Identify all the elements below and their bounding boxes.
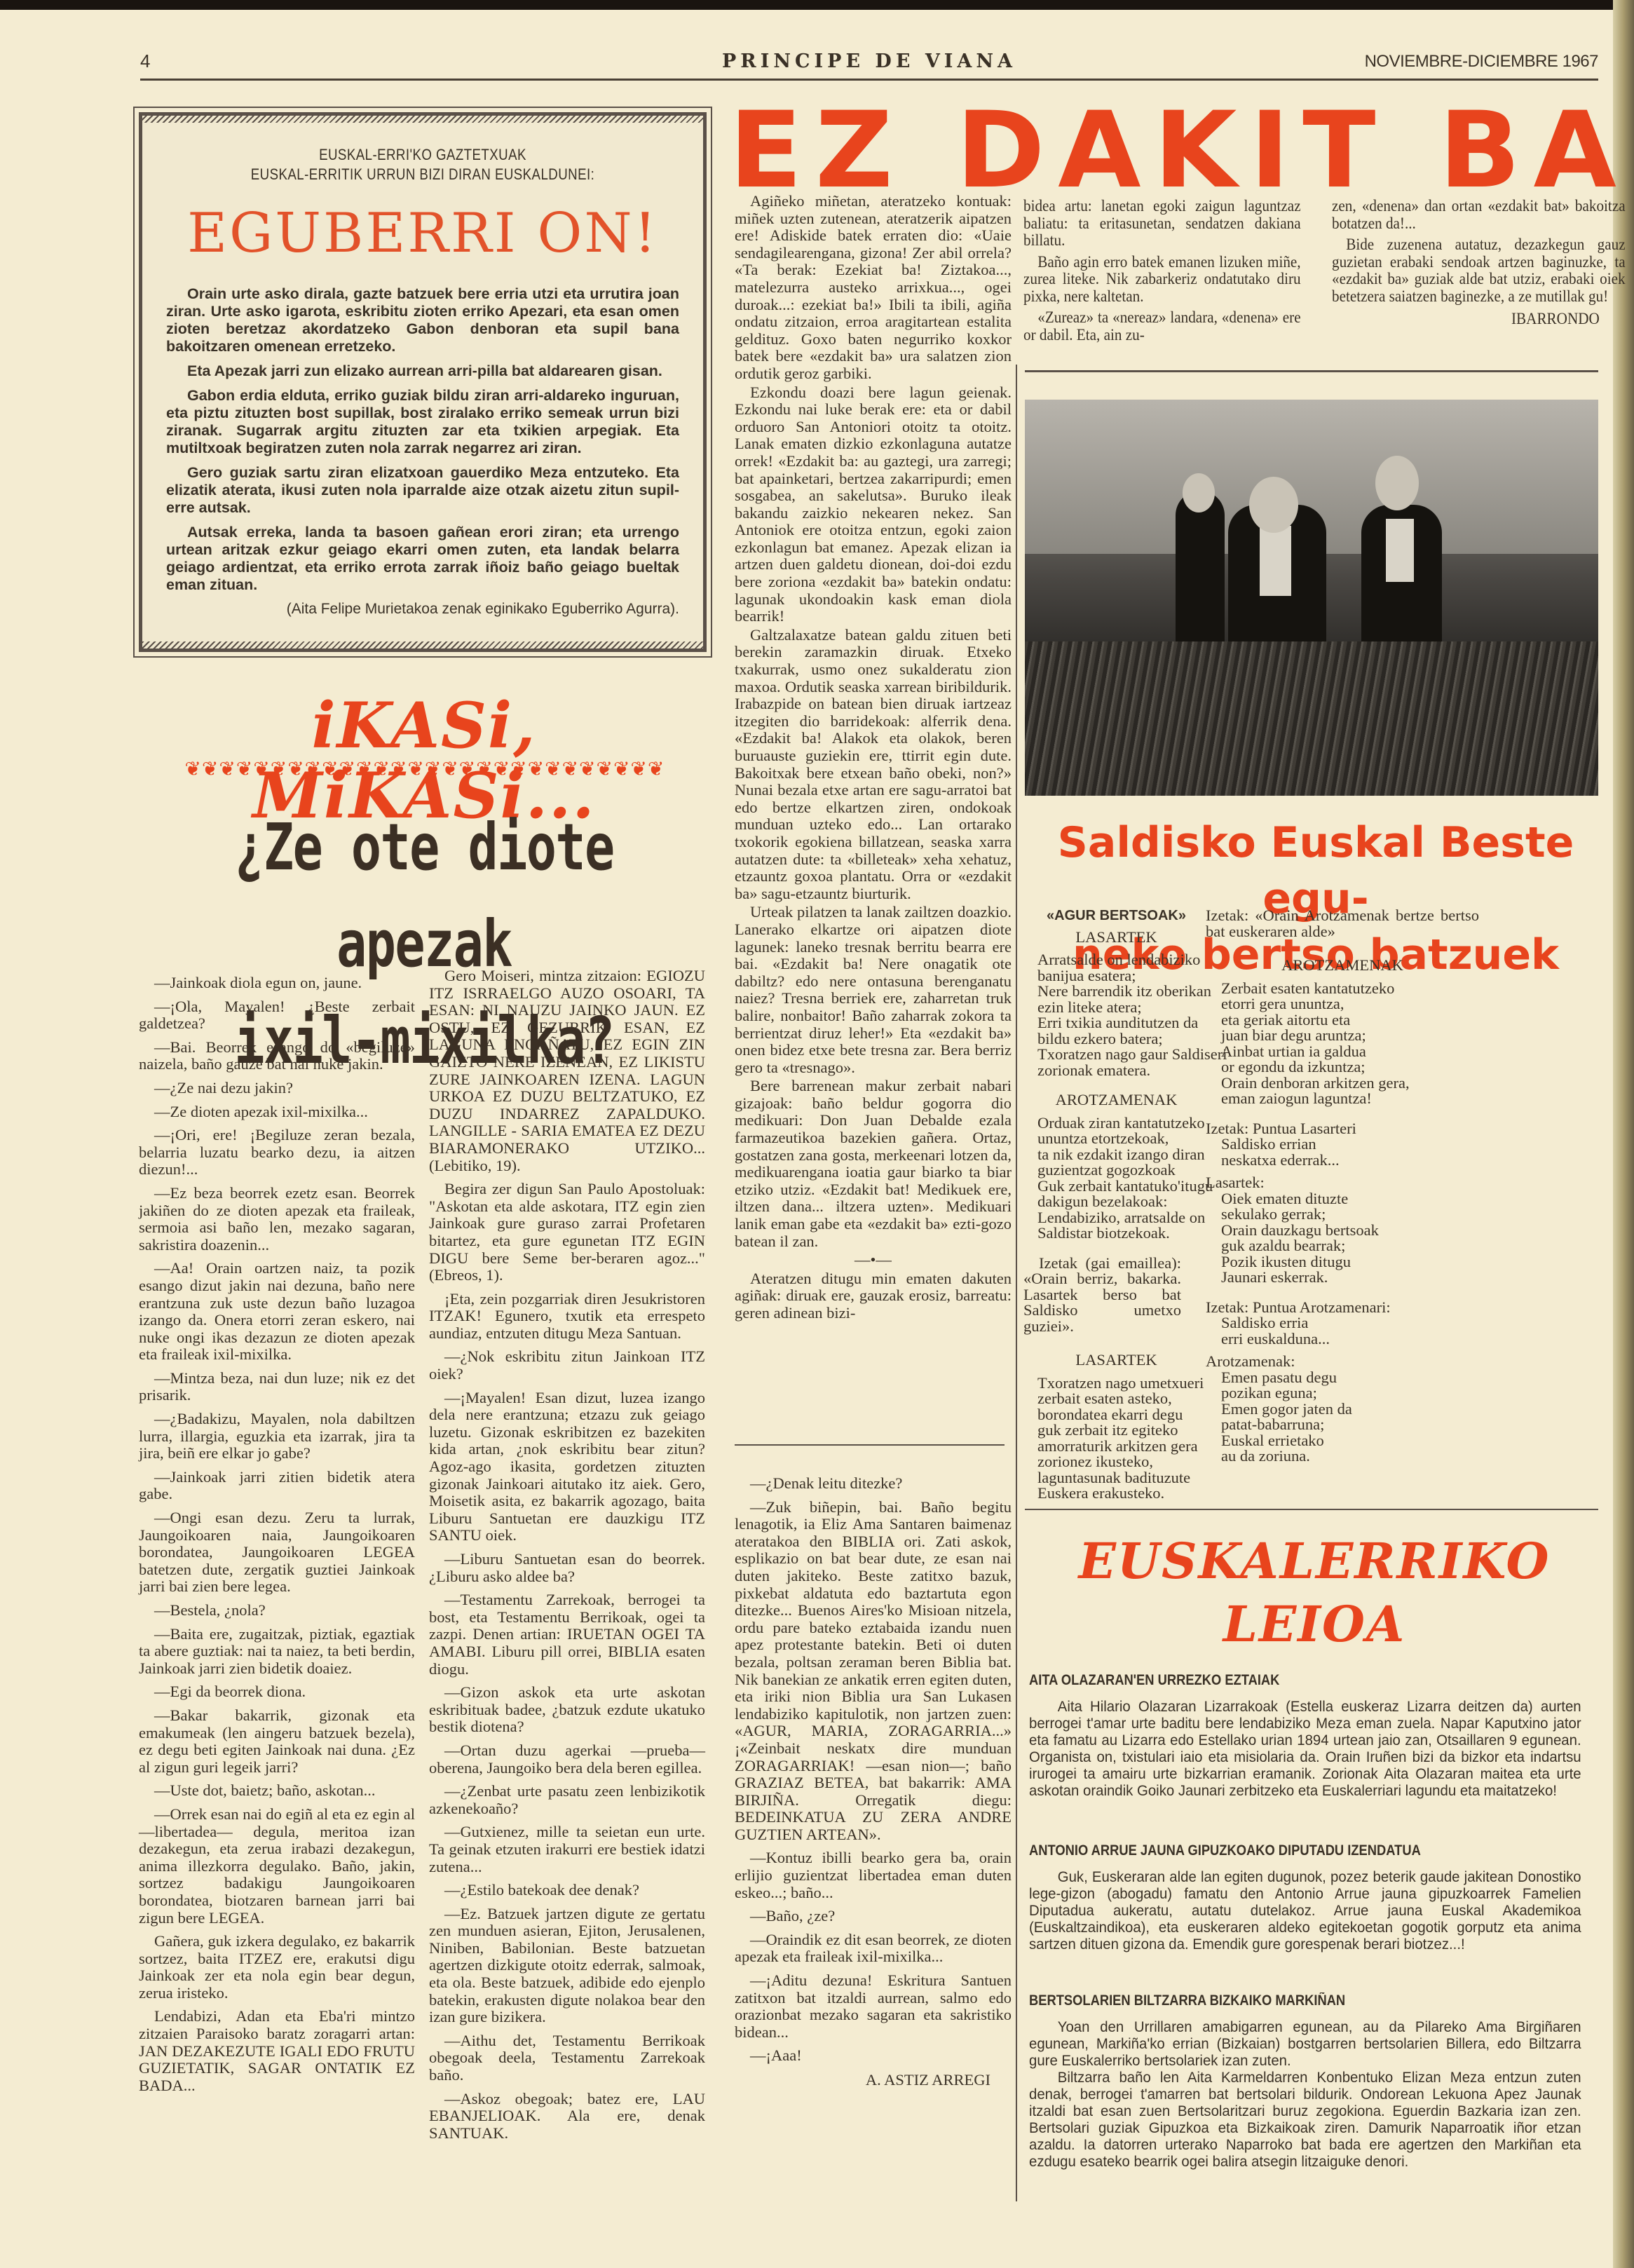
dialogue-line: —Jainkoak jarri zitien bidetik atera gab…: [139, 1469, 415, 1503]
photo-shirt: [1260, 526, 1291, 596]
dialogue-line: —Liburu Santuetan esan do beorrek. ¿Libu…: [429, 1551, 705, 1585]
dialogue-line: Begira zer digun San Paulo Apostoluak: "…: [429, 1181, 705, 1284]
verse-line: Guk zerbait kantatuko'itugu: [1037, 1179, 1195, 1195]
verse-line: patat-babarruna;: [1206, 1417, 1479, 1433]
eguberri-box: EUSKAL-ERRI'KO GAZTETXUAK EUSKAL-ERRITIK…: [139, 112, 707, 652]
ikasi-signature: A. ASTIZ ARREGI: [735, 2072, 1012, 2089]
paragraph: Gabon erdia elduta, erriko guziak bildu …: [166, 387, 679, 457]
verse-line: Orain dauzkagu bertsoak: [1206, 1223, 1479, 1239]
dialogue-line: —¡Aaa!: [735, 2047, 1012, 2065]
verse-line: zorionak ematera.: [1037, 1063, 1195, 1079]
dialogue-line: —¿Estilo batekoak dee denak?: [429, 1882, 705, 1899]
verse-line: Pozik ikusten ditugu: [1206, 1254, 1479, 1270]
vertical-column-rule: [1016, 365, 1017, 2201]
photo-three-men-in-garden: [1025, 400, 1598, 796]
verse-line: neskatxa ederrak...: [1206, 1153, 1479, 1169]
verse-line: Erri txikia aunditutzen da: [1037, 1015, 1195, 1031]
verse-line: laguntasunak badituzute: [1037, 1470, 1195, 1486]
dialogue-line: —¿Zenbat urte pasatu zeen lenbizikotik a…: [429, 1783, 705, 1817]
speaker-name: LASARTEK: [1037, 930, 1195, 946]
dialogue-line: —Askoz obegoak; batez ere, LAU EBANJELIO…: [429, 2091, 705, 2143]
verse-line: guk azaldu bearrak;: [1206, 1238, 1479, 1254]
dialogue-line: —Kontuz ibilli bearko gera ba, orain erl…: [735, 1849, 1012, 1901]
paragraph: Bere barrenean makur zerbait nabari giza…: [735, 1078, 1012, 1250]
dialogue-line: —Bakar bakarrik, gizonak eta emakumeak (…: [139, 1707, 415, 1776]
verse-line: Arratsalde on lendabiziko: [1037, 952, 1195, 968]
verse-line: amorraturik arkitzen gera: [1037, 1439, 1195, 1455]
verse-prompt: Izetak (gai emaillea): «Orain berriz, ba…: [1023, 1256, 1181, 1335]
header-rule: [140, 79, 1598, 81]
paragraph: Orain urte asko dirala, gazte batzuek be…: [166, 285, 679, 355]
photo-figure-left: [1176, 491, 1225, 666]
verse-line: Orduak ziran kantatutzeko: [1037, 1115, 1195, 1132]
news-heading: ANTONIO ARRUE JAUNA GIPUZKOAKO DIPUTADU …: [1029, 1842, 1526, 1859]
paragraph: Gero guziak sartu ziran elizatxoan gauer…: [166, 464, 679, 517]
paragraph: Ateratzen ditugu min ematen dakuten agiñ…: [735, 1270, 1012, 1322]
ikasi-column-3: —¿Denak leitu ditezke? —Zuk biñepin, bai…: [735, 1475, 1012, 2096]
dialogue-line: —Zuk biñepin, bai. Baño begitu lenagotik…: [735, 1499, 1012, 1844]
dialogue-line: —Ez. Batzuek jartzen digute ze gertatu z…: [429, 1906, 705, 2026]
issue-date: NOVIEMBRE-DICIEMBRE 1967: [1365, 52, 1598, 72]
speaker-name: AROTZAMENAK: [1206, 958, 1479, 974]
ezdakit-column-2: bidea artu: lanetan egoki zaigun laguntz…: [1023, 198, 1301, 348]
verse-line: dakigun bezelakoak:: [1037, 1194, 1195, 1210]
paragraph: «Zureaz» ta «nereaz» landara, «denena» e…: [1023, 309, 1301, 344]
news-item: ANTONIO ARRUE JAUNA GIPUZKOAKO DIPUTADU …: [1029, 1842, 1581, 1953]
news-item: AITA OLAZARAN'EN URREZKO EZTAIAK Aita Hi…: [1029, 1672, 1581, 1800]
dialogue-line: —¡Ori, ere! ¡Begiluze zeran bezala, bela…: [139, 1127, 415, 1179]
verse-line: erri euskalduna...: [1206, 1331, 1479, 1347]
verse-line: etorri gera ununtza,: [1206, 996, 1479, 1012]
dialogue-line: —Oraindik ez dit esan beorrek, ze dioten…: [735, 1931, 1012, 1966]
bertso-left-column: «AGUR BERTSOAK» LASARTEK Arratsalde on l…: [1037, 908, 1195, 1502]
page-binding-edge: [1613, 0, 1634, 2268]
verse-line: Euskal errietako: [1206, 1433, 1479, 1449]
news-body: Guk, Euskeraran alde lan egiten dugunok,…: [1029, 1869, 1581, 1953]
paragraph: Bide zuzenena autatuz, dezazkegun gauz g…: [1332, 236, 1626, 305]
dialogue-line: —Uste dot, baietz; baño, askotan...: [139, 1782, 415, 1800]
photo-face: [1183, 473, 1215, 512]
dialogue-line: —¡Mayalen! Esan dizut, luzea izango dela…: [429, 1390, 705, 1544]
verse-line: Saldisko errian: [1206, 1136, 1479, 1153]
speaker-name: Arotzamenak:: [1206, 1354, 1479, 1370]
news-body: Biltzarra baño len Aita Karmeldarren Kon…: [1029, 2070, 1581, 2171]
kicker-line-2: EUSKAL-ERRITIK URRUN BIZI DIRAN EUSKALDU…: [184, 165, 661, 184]
verse-line: Emen gogor jaten da: [1206, 1401, 1479, 1418]
dialogue-line: —Testamentu Zarrekoak, berrogei ta bost,…: [429, 1591, 705, 1678]
ezdakit-signature: IBARRONDO: [1332, 311, 1626, 328]
column-rule: [735, 1444, 1005, 1446]
news-heading: AITA OLAZARAN'EN URREZKO EZTAIAK: [1029, 1672, 1526, 1689]
verse-line: juan biar degu aruntza;: [1206, 1028, 1479, 1044]
verse-heading: «AGUR BERTSOAK»: [1037, 908, 1195, 924]
verse-line: pozikan eguna;: [1206, 1385, 1479, 1401]
dialogue-line: —Mintza beza, nai dun luze; nik ez det p…: [139, 1370, 415, 1404]
verse-line: banijua esatera;: [1037, 968, 1195, 984]
dialogue-line: —Baita ere, zugaitzak, piztiak, egaztiak…: [139, 1626, 415, 1678]
verse-prompt: Izetak: Puntua Lasarteri: [1206, 1121, 1479, 1137]
photo-face: [1375, 456, 1419, 510]
verse-line: ezin liteke atera;: [1037, 1000, 1195, 1016]
dialogue-line: —Aa! Orain oartzen naiz, ta pozik esango…: [139, 1260, 415, 1364]
verse-line: au da zoriuna.: [1206, 1448, 1479, 1465]
dialogue-line: —Aithu det, Testamentu Berrikoak obegoak…: [429, 2032, 705, 2084]
dialogue-line: —Jainkoak diola egun on, jaune.: [139, 975, 415, 992]
eguberri-body: Orain urte asko dirala, gazte batzuek be…: [166, 285, 679, 594]
section-rule: [1025, 1509, 1598, 1510]
verse-line: bildu ezkero batera;: [1037, 1031, 1195, 1047]
verse-line: ta nik ezdakit izango diran: [1037, 1147, 1195, 1163]
verse-line: Zerbait esaten kantatutzeko: [1206, 981, 1479, 997]
page-header: 4 PRINCIPE DE VIANA NOVIEMBRE-DICIEMBRE …: [140, 48, 1598, 76]
paragraph: Baño agin erro batek emanen lizuken miñe…: [1023, 254, 1301, 306]
news-item: BERTSOLARIEN BILTZARRA BIZKAIKO MARKIÑAN…: [1029, 1992, 1581, 2171]
dialogue-line: —Bai. Beorrek esango do «begiluze» naize…: [139, 1039, 415, 1073]
dialogue-line: —Ortan duzu agerkai —prueba— oberena, Ja…: [429, 1742, 705, 1777]
paragraph: zen, «denena» dan ortan «ezdakit bat» ba…: [1332, 198, 1626, 232]
verse-line: eman zaiogun laguntza!: [1206, 1091, 1479, 1107]
headline-line-1: ¿Ze ote diote apezak: [203, 799, 646, 993]
verse-line: Jaunari eskerrak.: [1206, 1270, 1479, 1286]
ikasi-column-2: Gero Moiseri, mintza zitzaion: EGIOZU IT…: [429, 967, 705, 2148]
dialogue-line: —Bestela, ¿nola?: [139, 1602, 415, 1619]
paragraph: Galtzalaxatze batean galdu zituen beti b…: [735, 627, 1012, 903]
dialogue-line: —¡Aditu dezuna! Eskritura Santuen zatitx…: [735, 1972, 1012, 2041]
scan-top-edge: [0, 0, 1634, 10]
ezdakit-column-3: zen, «denena» dan ortan «ezdakit bat» ba…: [1332, 198, 1626, 332]
paragraph: Agiñeko miñetan, ateratzeko kontuak: miñ…: [735, 193, 1012, 383]
photo-plants: [1025, 641, 1598, 796]
verse-line: eta geriak aitortu eta: [1206, 1012, 1479, 1028]
eguberri-signature: (Aita Felipe Murietakoa zenak eginikako …: [142, 601, 679, 618]
dialogue-line: ¡Eta, zein pozgarriak diren Jesukristore…: [429, 1291, 705, 1343]
verse-prompt: Izetak: «Orain Arotzamenak bertze bertso…: [1206, 908, 1479, 939]
eguberri-title: EGUBERRI ON!: [142, 201, 703, 266]
bertso-right-column: Izetak: «Orain Arotzamenak bertze bertso…: [1206, 908, 1479, 1465]
dialogue-line: —Ongi esan dezu. Zeru ta lurrak, Jaungoi…: [139, 1509, 415, 1596]
dialogue-line: —¿Denak leitu ditezke?: [735, 1475, 1012, 1493]
verse-line: Saldisko erria: [1206, 1315, 1479, 1331]
paragraph: Eta Apezak jarri zun elizako aurrean arr…: [166, 362, 679, 380]
verse-line: Euskera erakusteko.: [1037, 1486, 1195, 1502]
dialogue-line: —Egi da beorrek diona.: [139, 1683, 415, 1701]
wavy-border-top: [142, 113, 703, 123]
floral-ornament-row: ❦❦❦❦❦❦❦❦❦❦❦❦❦❦❦❦❦❦❦❦❦❦❦❦❦❦❦❦: [144, 757, 705, 778]
dialogue-line: Gero Moiseri, mintza zitzaion: EGIOZU IT…: [429, 967, 705, 1174]
speaker-name: AROTZAMENAK: [1037, 1092, 1195, 1108]
paragraph: Autsak erreka, landa ta basoen gañean er…: [166, 524, 679, 594]
verse-line: Txoratzen nago gaur Saldiseri: [1037, 1047, 1195, 1063]
verse-line: borondatea ekarri degu: [1037, 1407, 1195, 1423]
verse-line: Orain denboran arkitzen gera,: [1206, 1075, 1479, 1092]
ikasi-column-1: —Jainkoak diola egun on, jaune. —¡Ola, M…: [139, 975, 415, 2100]
verse-line: Saldistar biotzekoak.: [1037, 1225, 1195, 1242]
dialogue-line: —Gutxienez, mille ta seietan eun urte. T…: [429, 1824, 705, 1875]
speaker-name: Lasartek:: [1206, 1175, 1479, 1191]
dialogue-line: —¿Badakizu, Mayalen, nola dabiltzen lurr…: [139, 1411, 415, 1462]
dialogue-line: —Ze dioten apezak ixil-mixilka...: [139, 1104, 415, 1121]
verse-line: sekulako gerrak;: [1206, 1207, 1479, 1223]
photo-face: [1249, 477, 1298, 533]
leioa-banner: EUSKALERRIKO LEIOA: [1044, 1530, 1584, 1656]
verse-line: zerbait esaten asteko,: [1037, 1391, 1195, 1407]
ezdakit-column-1: Agiñeko miñetan, ateratzeko kontuak: miñ…: [735, 193, 1012, 1324]
paragraph: Ezkondu doazi bere lagun geienak. Ezkond…: [735, 384, 1012, 625]
verse-line: guzientzat gogozkoak: [1037, 1162, 1195, 1179]
dialogue-line: —Baño, ¿ze?: [735, 1908, 1012, 1925]
dialogue-line: Lendabizi, Adan eta Eba'ri mintzo zitzai…: [139, 2008, 415, 2094]
verse-line: ununtza etortzekoak,: [1037, 1131, 1195, 1147]
verse-line: Lendabiziko, arratsalde on: [1037, 1210, 1195, 1226]
dialogue-line: —Gizon askok eta urte askotan eskribitua…: [429, 1684, 705, 1736]
news-body: Yoan den Urrillaren amabigarren egunean,…: [1029, 2019, 1581, 2070]
paragraph: bidea artu: lanetan egoki zaigun laguntz…: [1023, 198, 1301, 250]
news-body: Aita Hilario Olazaran Lizarrakoak (Estel…: [1029, 1699, 1581, 1800]
verse-prompt: Izetak: Puntua Arotzamenari:: [1206, 1300, 1479, 1316]
verse-line: Emen pasatu degu: [1206, 1370, 1479, 1386]
verse-line: Nere barrendik itz oberikan: [1037, 984, 1195, 1000]
verse-line: Txoratzen nago umetxueri: [1037, 1376, 1195, 1392]
verse-line: zorionez ikusteko,: [1037, 1454, 1195, 1470]
dialogue-line: —Ez beza beorrek ezetz esan. Beorrek jak…: [139, 1185, 415, 1254]
paragraph: Urteak pilatzen ta lanak zailtzen doazki…: [735, 904, 1012, 1076]
dialogue-line: —Orrek esan nai do egiñ al eta ez egin a…: [139, 1806, 415, 1927]
verse-line: Ainbat urtian ia galdua: [1206, 1044, 1479, 1060]
verse-line: Oiek ematen dituzte: [1206, 1191, 1479, 1207]
dialogue-line: —¿Nok eskribitu zitun Jainkoan ITZ oiek?: [429, 1348, 705, 1383]
eguberri-kicker: EUSKAL-ERRI'KO GAZTETXUAK EUSKAL-ERRITIK…: [184, 145, 661, 184]
verse-line: or egondu da izkuntza;: [1206, 1059, 1479, 1075]
dialogue-line: —¡Ola, Mayalen! ¿Beste zerbait galdetzea…: [139, 998, 415, 1033]
speaker-name: LASARTEK: [1037, 1352, 1195, 1369]
kicker-line-1: EUSKAL-ERRI'KO GAZTETXUAK: [184, 145, 661, 165]
news-heading: BERTSOLARIEN BILTZARRA BIZKAIKO MARKIÑAN: [1029, 1992, 1526, 2009]
verse-line: guk zerbait itz egiteko: [1037, 1422, 1195, 1439]
photo-shirt: [1386, 519, 1414, 582]
wavy-border-bottom: [142, 641, 703, 651]
ezdakit-title: EZ DAKIT BAI...: [729, 98, 1630, 203]
section-separator: —•—: [735, 1251, 1012, 1269]
dialogue-line: —¿Ze nai dezu jakin?: [139, 1080, 415, 1097]
section-rule: [1025, 370, 1598, 372]
dialogue-line: Gañera, guk izkera degulako, ez bakarrik…: [139, 1933, 415, 2002]
